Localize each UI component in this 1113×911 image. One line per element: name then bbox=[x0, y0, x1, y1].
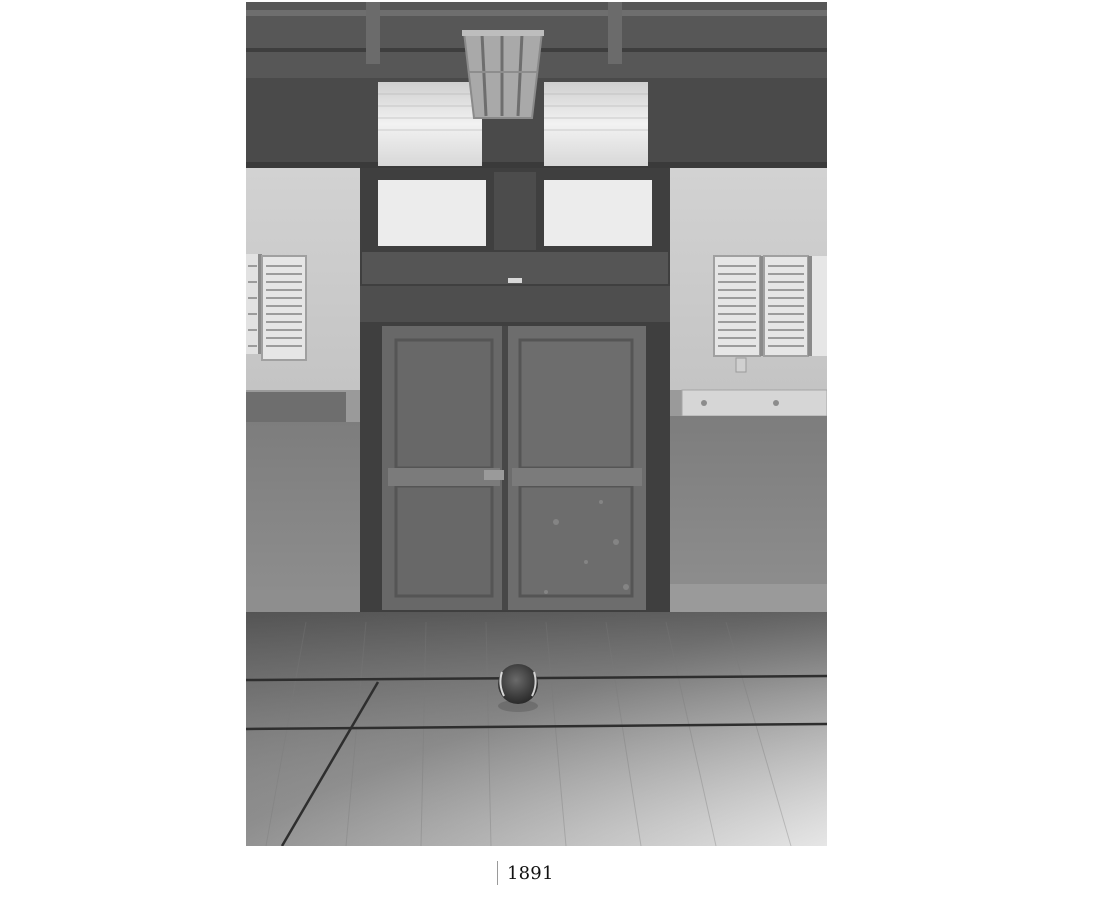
historic-gym-photo bbox=[246, 2, 827, 846]
peach-basket bbox=[462, 30, 544, 118]
left-shutter bbox=[246, 254, 306, 360]
caption-divider bbox=[497, 861, 498, 885]
ball bbox=[498, 664, 538, 712]
caption-year: 1891 bbox=[507, 863, 554, 884]
right-shutter bbox=[714, 256, 827, 372]
photo-caption: 1891 bbox=[497, 860, 554, 886]
double-doors bbox=[382, 326, 646, 610]
